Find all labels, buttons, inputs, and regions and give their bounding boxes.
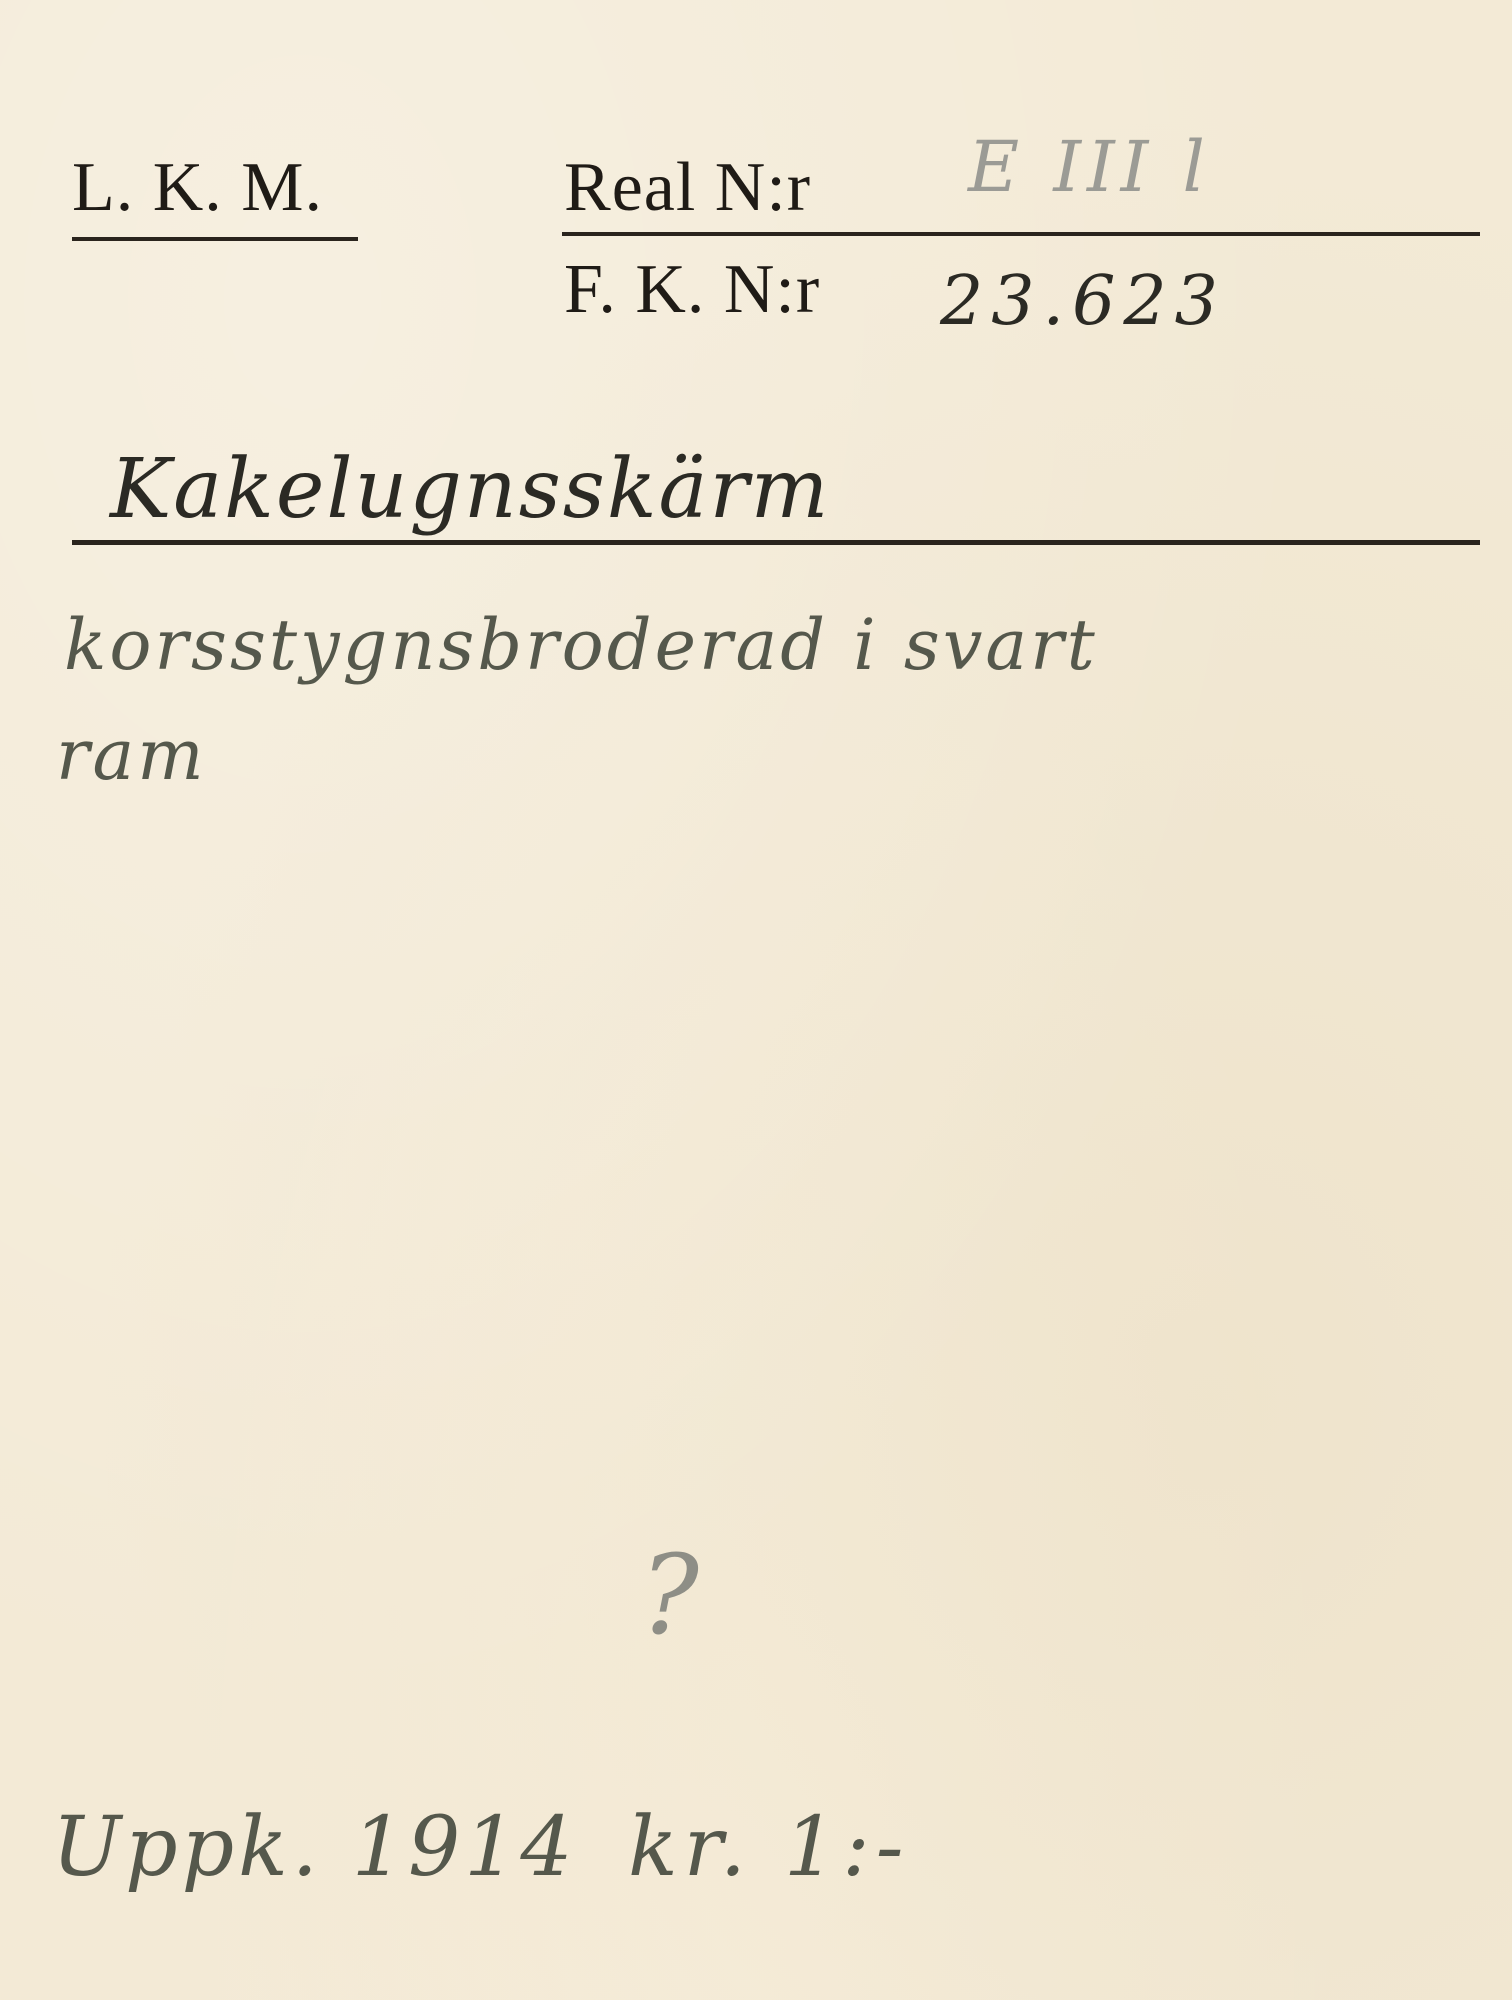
real-number-rule bbox=[562, 232, 1480, 236]
price-note: kr. 1:- bbox=[628, 1798, 910, 1898]
fk-number-label: F. K. N:r bbox=[564, 250, 820, 330]
catalog-card: L. K. M. Real N:r E III l F. K. N:r 23.6… bbox=[0, 0, 1512, 2000]
real-number-label: Real N:r bbox=[564, 148, 811, 228]
title-rule bbox=[72, 540, 1480, 545]
object-title: Kakelugnsskärm bbox=[110, 440, 830, 540]
description-line-1: korsstygnsbroderad i svart bbox=[64, 600, 1098, 690]
pencil-question-mark: ? bbox=[640, 1530, 699, 1660]
fk-number-value: 23.623 bbox=[940, 262, 1226, 342]
institution-underline bbox=[72, 237, 358, 241]
description-line-2: ram bbox=[56, 710, 207, 800]
real-number-value: E III l bbox=[968, 122, 1211, 212]
institution-label: L. K. M. bbox=[72, 148, 323, 228]
acquisition-note: Uppk. 1914 bbox=[52, 1798, 577, 1898]
